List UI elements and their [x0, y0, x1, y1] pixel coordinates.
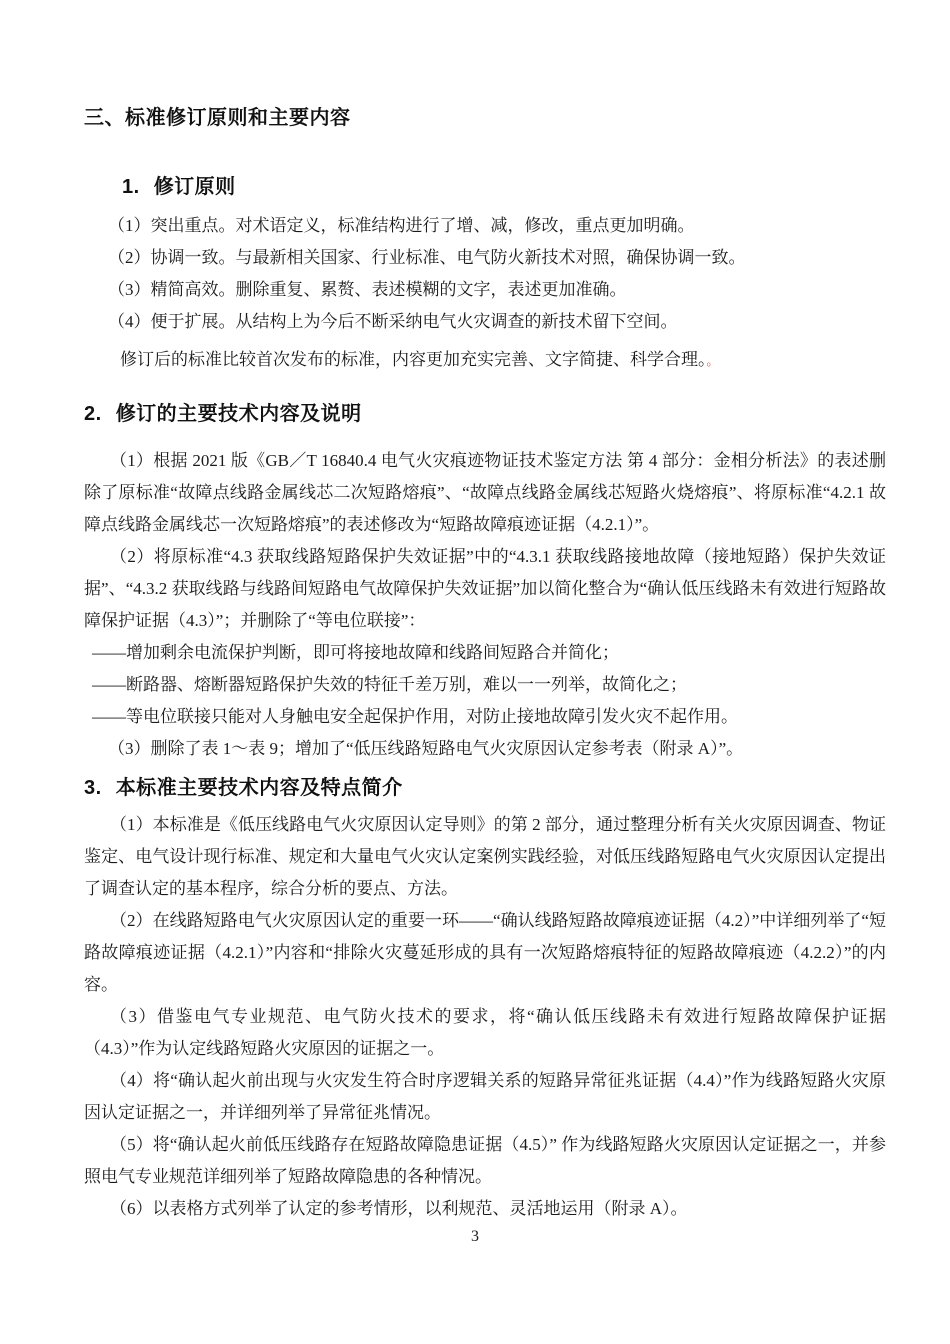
- section3-paragraph-1: （1）本标准是《低压线路电气火灾原因认定导则》的第 2 部分，通过整理分析有关火…: [84, 809, 886, 905]
- section2-item-3: （3）删除了表 1～表 9；增加了“低压线路短路电气火灾原因认定参考表（附录 A…: [84, 733, 886, 765]
- section1-heading-number: 1.: [122, 172, 140, 202]
- section3-heading-title: 本标准主要技术内容及特点简介: [116, 777, 403, 799]
- section1-item-4: （4）便于扩展。从结构上为今后不断采纳电气火灾调查的新技术留下空间。: [84, 306, 886, 338]
- document-page: 三、标准修订原则和主要内容 1.修订原则 （1）突出重点。对术语定义，标准结构进…: [0, 0, 950, 1344]
- section2-heading-number: 2.: [84, 399, 102, 429]
- main-heading-title: 标准修订原则和主要内容: [125, 107, 351, 129]
- main-heading-number: 三、: [84, 102, 125, 134]
- section1-closing-text: 修订后的标准比较首次发布的标准，内容更加充实完善、文字简捷、科学合理。: [120, 350, 707, 369]
- section1-item-1: （1）突出重点。对术语定义，标准结构进行了增、减，修改，重点更加明确。: [84, 210, 886, 242]
- section1-item-3: （3）精简高效。删除重复、累赘、表述模糊的文字，表述更加准确。: [84, 274, 886, 306]
- section2-heading: 2.修订的主要技术内容及说明: [84, 399, 886, 429]
- section1-item-2: （2）协调一致。与最新相关国家、行业标准、电气防火新技术对照，确保协调一致。: [84, 242, 886, 274]
- section3-paragraph-4: （4）将“确认起火前出现与火灾发生符合时序逻辑关系的短路异常征兆证据（4.4）”…: [84, 1065, 886, 1129]
- section3-paragraph-6: （6）以表格方式列举了认定的参考情形，以利规范、灵活地运用（附录 A）。: [84, 1193, 886, 1225]
- section2-paragraph-2: （2）将原标准“4.3 获取线路短路保护失效证据”中的“4.3.1 获取线路接地…: [84, 541, 886, 637]
- section2-dash-item-1: ——增加剩余电流保护判断，即可将接地故障和线路间短路合并简化；: [84, 637, 886, 669]
- section2-paragraph-1: （1）根据 2021 版《GB／T 16840.4 电气火灾痕迹物证技术鉴定方法…: [84, 445, 886, 541]
- main-heading: 三、标准修订原则和主要内容: [84, 102, 886, 134]
- section2-dash-item-2: ——断路器、熔断器短路保护失效的特征千差万别，难以一一列举，故简化之；: [84, 669, 886, 701]
- document-content: 三、标准修订原则和主要内容 1.修订原则 （1）突出重点。对术语定义，标准结构进…: [0, 0, 950, 1225]
- section3-paragraph-3: （3）借鉴电气专业规范、电气防火技术的要求，将“确认低压线路未有效进行短路故障保…: [84, 1001, 886, 1065]
- section3-heading-number: 3.: [84, 773, 102, 803]
- section2-heading-title: 修订的主要技术内容及说明: [116, 403, 362, 425]
- section1-heading: 1.修订原则: [122, 172, 886, 202]
- section2-dash-item-3: ——等电位联接只能对人身触电安全起保护作用，对防止接地故障引发火灾不起作用。: [84, 701, 886, 733]
- section3-paragraph-2: （2）在线路短路电气火灾原因认定的重要一环——“确认线路短路故障痕迹证据（4.2…: [84, 905, 886, 1001]
- section3-heading: 3.本标准主要技术内容及特点简介: [84, 773, 886, 803]
- revision-mark-red-period: 。: [707, 354, 719, 368]
- section1-heading-title: 修订原则: [154, 176, 236, 198]
- section3-paragraph-5: （5）将“确认起火前低压线路存在短路故障隐患证据（4.5）” 作为线路短路火灾原…: [84, 1129, 886, 1193]
- section1-closing-paragraph: 修订后的标准比较首次发布的标准，内容更加充实完善、文字简捷、科学合理。。: [84, 344, 886, 377]
- page-number: 3: [0, 1228, 950, 1246]
